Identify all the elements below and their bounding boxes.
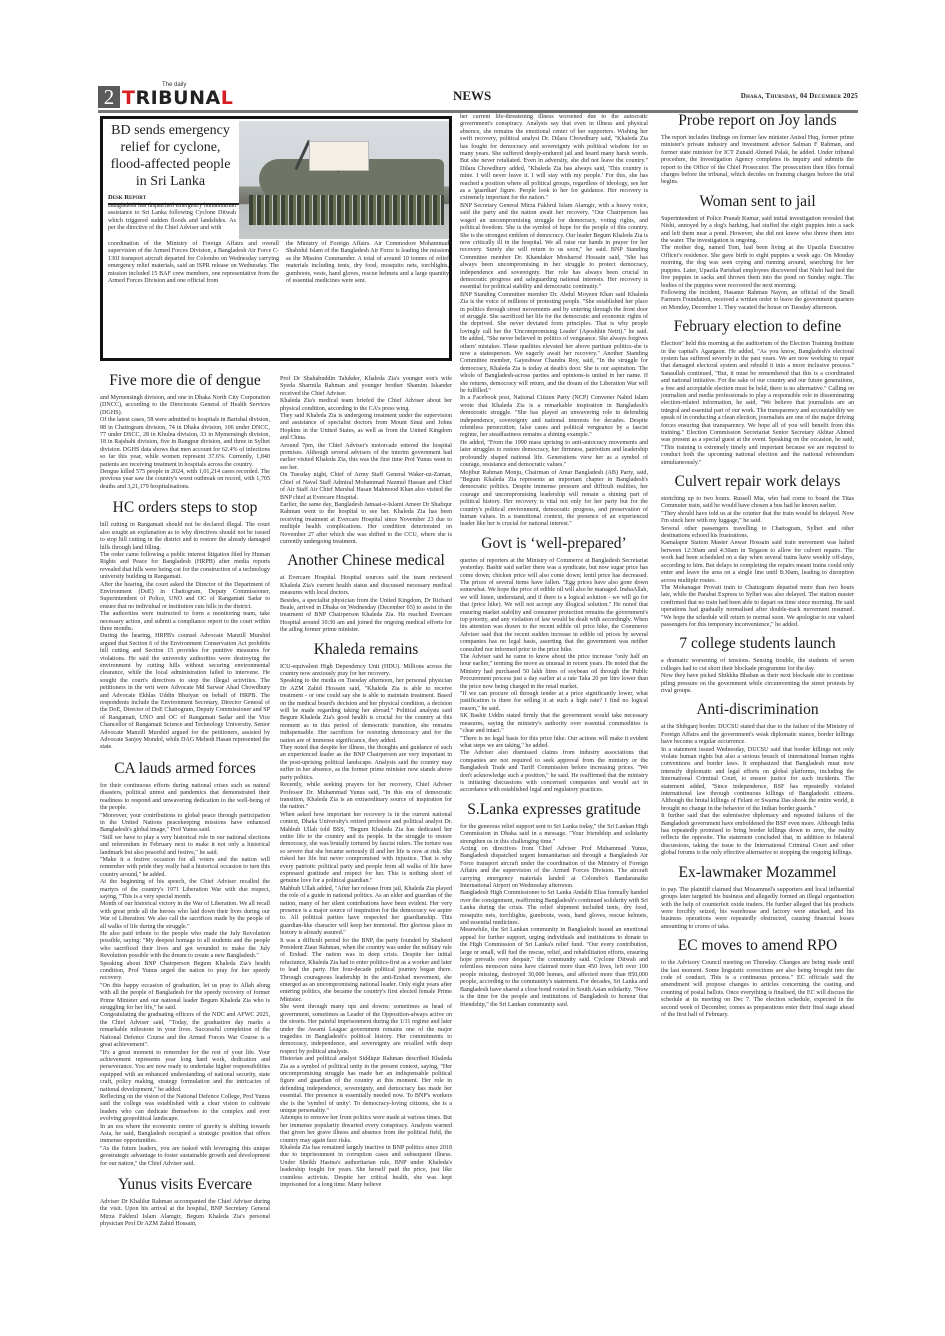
headline-college[interactable]: 7 college students launch [661, 635, 854, 653]
crowd-shape [249, 195, 444, 225]
headline-hc[interactable]: HC orders steps to stop [100, 499, 270, 517]
column-1: Five more die of dengue and Mymensingh d… [100, 372, 270, 1297]
headline-mozammel[interactable]: Ex-lawmaker Mozammel [661, 864, 854, 882]
relief-banner [309, 141, 369, 171]
newspaper-page: 2 The daily TRIBUNAL NEWS Dhaka, Thursda… [98, 82, 858, 1297]
column-3: her current life-threatening illness wor… [460, 114, 648, 1297]
headline-february[interactable]: February election to define [661, 318, 854, 336]
lead-headline[interactable]: BD sends emergency relief for cyclone, f… [108, 122, 233, 190]
headline-yunus[interactable]: Yunus visits Evercare [100, 1176, 270, 1194]
headline-slanka[interactable]: S.Lanka expresses gratitude [460, 801, 648, 819]
newspaper-logo[interactable]: TRIBUNAL [122, 88, 233, 108]
headline-dengue[interactable]: Five more die of dengue [100, 372, 270, 390]
lead-photo [239, 121, 449, 239]
lead-story: BD sends emergency relief for cyclone, f… [100, 116, 452, 361]
lead-body-col1: coordination of the Ministry of Foreign … [108, 241, 279, 285]
lead-body-col2: the Ministry of Foreign Affairs. Air Com… [286, 241, 449, 285]
column-2: Prof Dr Shahabuddin Talukder, Khaleda Zi… [280, 376, 452, 1297]
headline-govt[interactable]: Govt is ‘well-prepared’ [460, 535, 648, 553]
headline-khaleda[interactable]: Khaleda remains [280, 641, 452, 659]
page-number: 2 [98, 86, 120, 108]
headline-antidisc[interactable]: Anti-discrimination [661, 701, 854, 719]
dateline: Dhaka, Thursday, 04 December 2025 [741, 92, 858, 100]
headline-woman[interactable]: Woman sent to jail [661, 193, 854, 211]
lead-intro: Bangladesh has dispatched emergency huma… [108, 203, 236, 233]
headline-ca[interactable]: CA lauds armed forces [100, 760, 270, 778]
column-4: Probe report on Joy lands The report inc… [661, 112, 854, 1297]
headline-culvert[interactable]: Culvert repair work delays [661, 473, 854, 491]
headline-probe[interactable]: Probe report on Joy lands [661, 112, 854, 130]
masthead: 2 The daily TRIBUNAL NEWS Dhaka, Thursda… [98, 82, 858, 110]
section-name: NEWS [453, 88, 491, 104]
headline-chinese[interactable]: Another Chinese medical [280, 552, 452, 570]
headline-ec[interactable]: EC moves to amend RPO [661, 937, 854, 955]
